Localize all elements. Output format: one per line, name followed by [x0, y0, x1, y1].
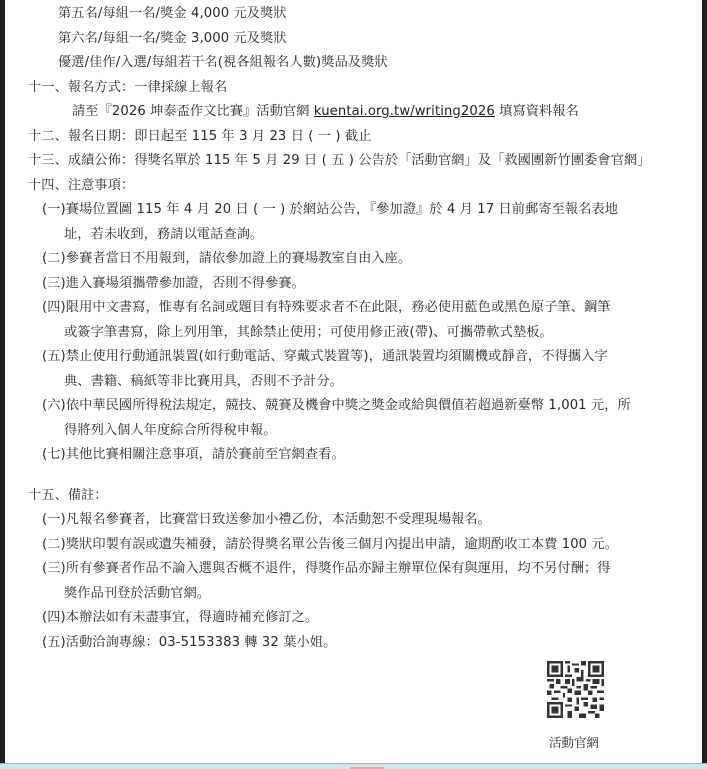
section-15-title: 十五、備註： [28, 488, 108, 504]
section-11-prefix: 請至『2026 坤泰盃作文比賽』活動官網 [72, 104, 314, 119]
notice-item-2: (二)參賽者當日不用報到，請依參加證上的賽場教室自由入座。 [42, 251, 411, 267]
section-13-title: 十三、成績公佈：得獎名單於 115 年 5 月 29 日 ( 五 ) 公告於「活… [28, 153, 651, 169]
award-fifth: 第五名/每組一名/獎金 4,000 元及獎狀 [58, 6, 287, 22]
remark-item-5: (五)活動洽詢專線：03-5153383 轉 32 葉小姐。 [42, 635, 336, 651]
remark-item-1: (一)凡報名參賽者，比賽當日致送參加小禮乙份，本活動恕不受理現場報名。 [42, 512, 491, 528]
qr-code-label: 活動官網 [549, 735, 599, 751]
notice-item-5: (五)禁止使用行動通訊裝置(如行動電話、穿戴式裝置等)，通訊裝置均須關機或靜音，… [42, 349, 608, 365]
notice-item-7: (七)其他比賽相關注意事項，請於賽前至官網查看。 [42, 447, 345, 463]
award-sixth: 第六名/每組一名/獎金 3,000 元及獎狀 [58, 31, 287, 47]
document-page: 第五名/每組一名/獎金 4,000 元及獎狀 第六名/每組一名/獎金 3,000… [5, 0, 702, 763]
remark-item-3-cont: 獎作品刊登於活動官網。 [64, 586, 210, 602]
notice-item-1-cont: 址，若未收到，務請以電話查詢。 [64, 227, 263, 243]
section-11-suffix: 填寫資料報名 [495, 104, 579, 119]
notice-item-4-cont: 或簽字筆書寫，除上列用筆，其餘禁止使用；可使用修正液(帶)、可攜帶軟式墊板。 [64, 325, 553, 341]
award-honorable: 優選/佳作/入選/每組若干名(視各組報名人數)獎品及獎狀 [58, 55, 388, 71]
remark-item-3: (三)所有參賽者作品不論入選與否概不退件，得獎作品亦歸主辦單位保有與運用，均不另… [42, 561, 611, 577]
section-11-title: 十一、報名方式：一律採線上報名 [28, 80, 227, 96]
qr-code-icon[interactable] [547, 661, 604, 718]
notice-item-6-cont: 得將列入個人年度綜合所得稅申報。 [64, 423, 277, 439]
notice-item-5-cont: 典、書籍、稿紙等非比賽用具，否則不予計分。 [64, 374, 343, 390]
window-border-right [702, 0, 707, 763]
notice-item-1: (一)賽場位置圖 115 年 4 月 20 日 ( 一 ) 於網站公告，『參加證… [42, 202, 618, 218]
notice-item-3: (三)進入賽場須攜帶參加證，否則不得參賽。 [42, 276, 305, 292]
notice-item-4: (四)限用中文書寫，惟專有名詞或題目有特殊要求者不在此限，務必使用藍色或黑色原子… [42, 300, 611, 316]
registration-link[interactable]: kuentai.org.tw/writing2026 [314, 104, 495, 119]
remark-item-4: (四)本辦法如有未盡事宜，得適時補充修訂之。 [42, 610, 318, 626]
section-14-title: 十四、注意事項： [28, 178, 134, 194]
section-12-title: 十二、報名日期：即日起至 115 年 3 月 23 日 ( 一 ) 截止 [28, 129, 372, 145]
notice-item-6: (六)依中華民國所得稅法規定，競技、競賽及機會中獎之獎金或給與價值若超過新臺幣 … [42, 398, 631, 414]
remark-item-2: (二)獎狀印製有誤或遺失補發，請於得獎名單公告後三個月內提出申請，逾期酌收工本費… [42, 537, 618, 553]
section-11-line: 請至『2026 坤泰盃作文比賽』活動官網 kuentai.org.tw/writ… [72, 104, 579, 120]
